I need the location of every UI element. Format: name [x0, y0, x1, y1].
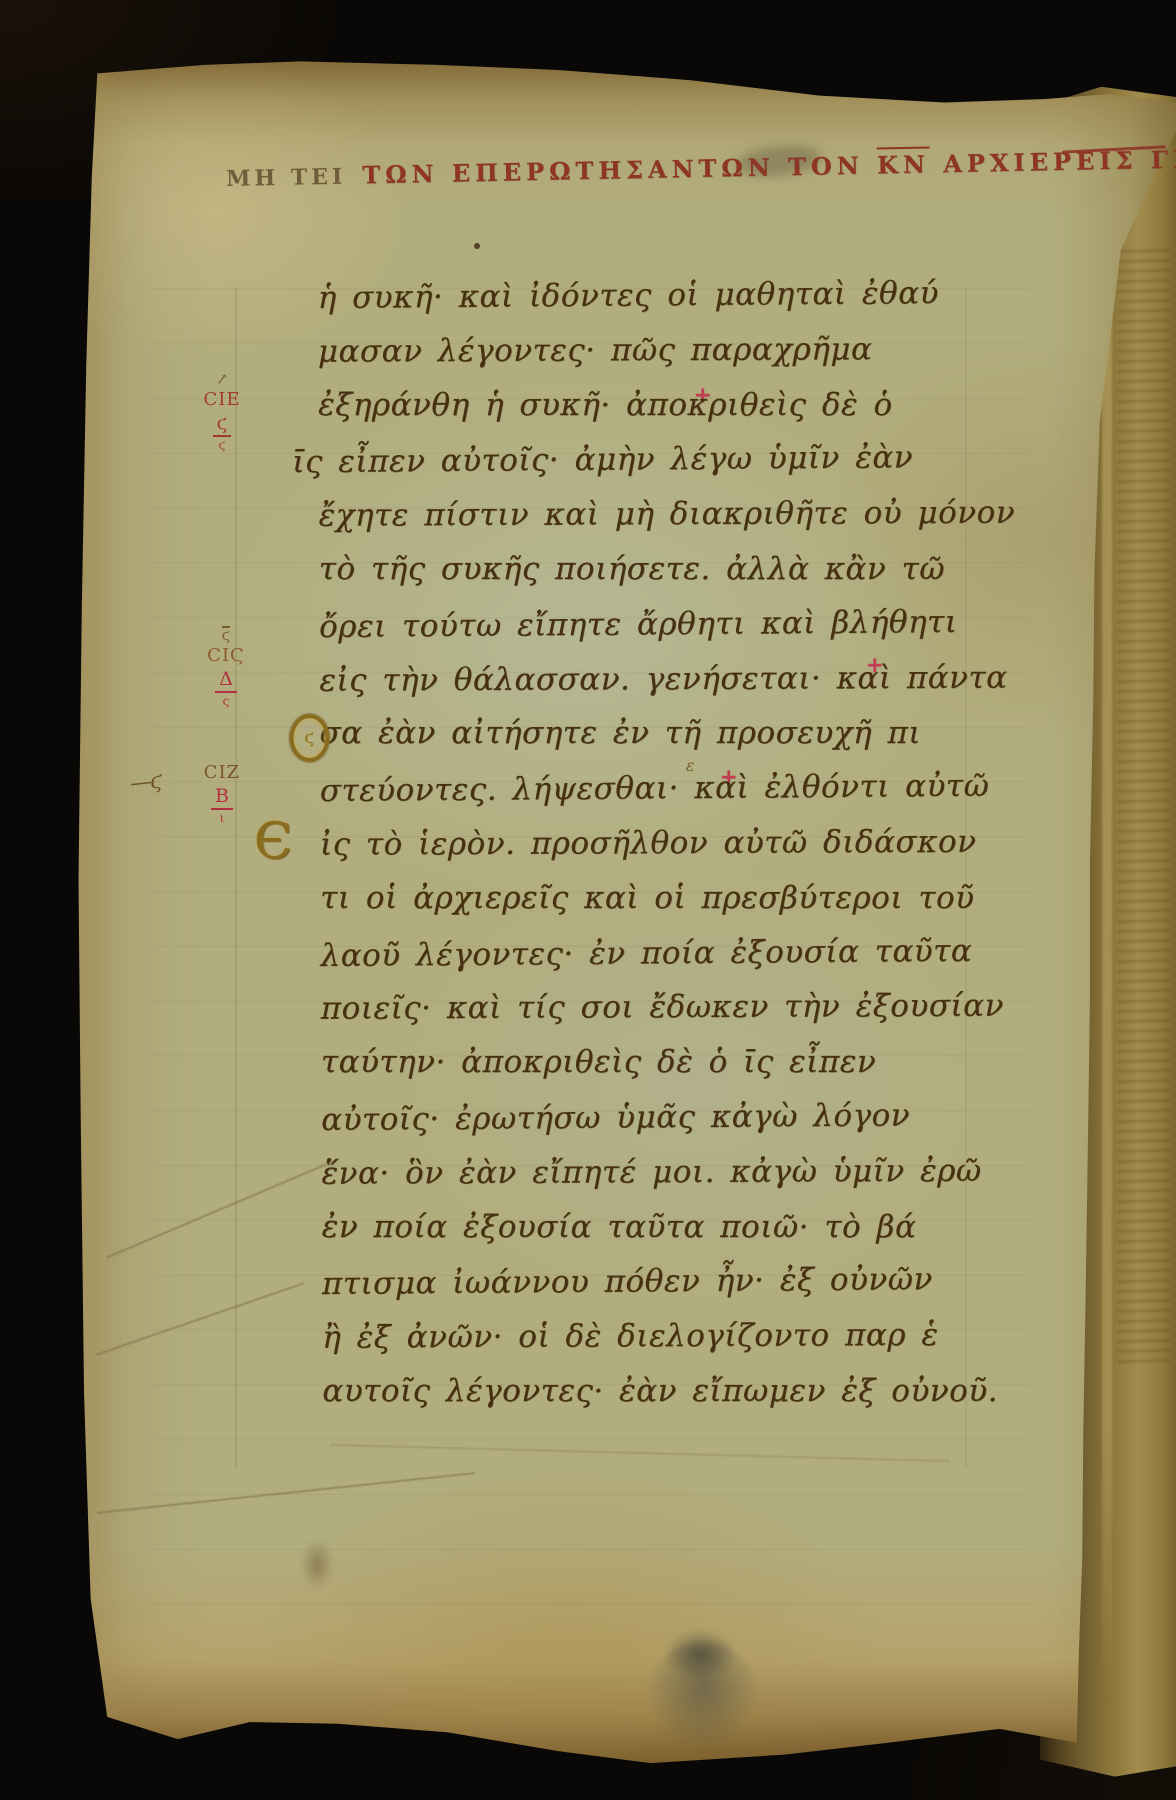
margin-note-215: ↗ ϹΙΕ ϛ ϛ	[200, 372, 244, 451]
canon-sub: ς	[204, 695, 248, 708]
text-line: τὸ τῆς συκῆς ποιήσετε. ἀλλὰ κἂν τῶ	[319, 542, 1089, 597]
line-text: μασαν λέγοντες· πῶς παραχρῆμα	[318, 331, 873, 369]
line-text: τὸ τῆς συκῆς ποιήσετε. ἀλλὰ κἂν τῶ	[319, 551, 945, 587]
text-line: εἰς τὴν θάλασσαν. γενήσεται· καὶ πάντα	[319, 650, 1089, 708]
section-number: ϹΙϚ	[204, 647, 248, 666]
text-line: ἐξηράνθη ἡ συκῆ· ἀποκριθεὶς δὲ ὁ	[318, 378, 1088, 433]
text-line: λαοῦ λέγοντες· ἐν ποία ἐξουσία ταῦτα	[320, 923, 1090, 984]
line-text: ῑς εἶπεν αὐτοῖς· ἀμὴν λέγω ὑμῖν ἐὰν	[292, 440, 913, 481]
line-text: αὐτοῖς· ἐρωτήσω ὑμᾶς κἀγὼ λόγον	[321, 1097, 910, 1138]
margin-note-216: ϛ ϹΙϚ Δ ς	[204, 626, 248, 707]
canon-number: Β	[211, 787, 233, 810]
illuminated-initial-epsilon: Є	[254, 814, 293, 869]
line-text: ἡ συκῆ· καὶ ἰδόντες οἱ μαθηταὶ ἐθαύ	[317, 275, 939, 316]
text-line: ἕνα· ὃν ἐὰν εἴπητέ μοι. κἀγὼ ὑμῖν ἐρῶ	[321, 1143, 1091, 1201]
line-text: ἐξηράνθη ἡ συκῆ· ἀποκριθεὶς δὲ ὁ	[318, 387, 893, 423]
margin-note-217: ϹΙΖ Β ι	[200, 764, 244, 824]
ruling-vertical-left	[235, 288, 237, 1468]
text-line: ποιεῖς· καὶ τίς σοι ἔδωκεν τὴν ἐξουσίαν	[321, 979, 1091, 1037]
text-line: πτισμα ἰωάννου πόθεν ἦν· ἐξ οὐνῶν	[322, 1251, 1092, 1312]
section-number: ϹΙΖ	[200, 764, 244, 783]
text-line: στεύοντες. λήψεσθαι· καὶ ἐλθόντι αὐτῶ	[320, 758, 1090, 819]
line-text: αυτοῖς λέγοντες· ἐὰν εἴπωμεν ἐξ οὐνοῦ.	[322, 1373, 998, 1409]
line-text: ἰς τὸ ἱερὸν. προσῆλθον αὐτῶ διδάσκον	[320, 824, 977, 863]
line-text: εἰς τὴν θάλασσαν. γενήσεται· καὶ πάντα	[319, 659, 1007, 698]
illuminated-initial-omicron: ϛ	[290, 714, 330, 762]
text-line: αυτοῖς λέγοντες· ἐὰν εἴπωμεν ἐξ οὐνοῦ.	[322, 1364, 1092, 1419]
line-text: τι οἱ ἀρχιερεῖς καὶ οἱ πρεσβύτεροι τοῦ	[320, 880, 974, 916]
text-line: μασαν λέγοντες· πῶς παραχρῆμα	[318, 321, 1088, 379]
line-text: ἕνα· ὃν ἐὰν εἴπητέ μοι. κἀγὼ ὑμῖν ἐρῶ	[321, 1153, 981, 1192]
initial-curl: ϛ	[305, 711, 315, 766]
dark-stain-top	[664, 1628, 736, 1680]
line-text: σα ἐὰν αἰτήσητε ἐν τῆ προσευχῆ πι	[320, 715, 921, 751]
line-text: λαοῦ λέγοντες· ἐν ποία ἐξουσία ταῦτα	[320, 932, 972, 973]
line-text: ταύτην· ἀποκριθεὶς δὲ ὁ ῑς εἶπεν	[321, 1044, 876, 1080]
canon-number: ϛ	[213, 414, 232, 437]
nomen-sacrum-kn: ΚΝ	[877, 146, 930, 179]
canon-number: Δ	[215, 670, 237, 693]
text-line: ϛ σα ἐὰν αἰτήσητε ἐν τῆ προσευχῆ πι	[320, 706, 1090, 761]
margin-arrow-mark: ↗	[199, 369, 245, 391]
margin-stigma-mark: ϛ	[222, 626, 230, 644]
adjacent-page-ghost-text	[1118, 249, 1170, 1370]
text-line: Є ἰς τὸ ἱερὸν. προσῆλθον αὐτῶ διδάσκον	[320, 814, 1090, 872]
text-line: ἡ συκῆ· καὶ ἰδόντες οἱ μαθηταὶ ἐθαύ	[317, 265, 1087, 326]
rubric-prefix: ΜΗ ΤΕΙ	[226, 164, 347, 192]
ink-speck	[474, 243, 480, 249]
text-line: ἔχητε πίστιν καὶ μὴ διακριθῆτε οὐ μόνον	[318, 486, 1088, 544]
line-text: ποιεῖς· καὶ τίς σοι ἔδωκεν τὴν ἐξουσίαν	[321, 988, 1004, 1027]
text-block: ἡ συκῆ· καὶ ἰδόντες οἱ μαθηταὶ ἐθαύ μασα…	[317, 266, 1092, 1420]
line-text: ὄρει τούτω εἴπητε ἄρθητι καὶ βλήθητι	[319, 604, 958, 645]
manuscript-photo: ΜΗ ΤΕΙΤΩΝ ΕΠΕΡΩΤΗΣΑΝΤΩΝ ΤΟΝ ΚΝ ΑΡΧΙΕΡΕΙΣ…	[0, 0, 1176, 1800]
line-text: ἢ ἐξ ἀνῶν· οἱ δὲ διελογίζοντο παρ ἑ	[322, 1317, 939, 1356]
text-line: ῑς εἶπεν αὐτοῖς· ἀμὴν λέγω ὑμῖν ἐὰν	[292, 429, 1088, 490]
line-text: ἐν ποία ἐξουσία ταῦτα ποιῶ· τὸ βά	[322, 1209, 917, 1245]
line-text: στεύοντες. λήψεσθαι· καὶ ἐλθόντι αὐτῶ	[320, 768, 990, 809]
text-line: ἢ ἐξ ἀνῶν· οἱ δὲ διελογίζοντο παρ ἑ	[322, 1307, 1092, 1365]
text-line: ὄρει τούτω εἴπητε ἄρθητι καὶ βλήθητι	[319, 594, 1089, 655]
brown-spot	[300, 1538, 334, 1590]
canon-sub: ϛ	[200, 439, 244, 452]
text-line: τι οἱ ἀρχιερεῖς καὶ οἱ πρεσβύτεροι τοῦ	[320, 871, 1090, 926]
margin-swash-mark: —ϛ	[129, 768, 162, 796]
text-line: ἐν ποία ἐξουσία ταῦτα ποιῶ· τὸ βά	[322, 1200, 1092, 1255]
line-text: πτισμα ἰωάννου πόθεν ἦν· ἐξ οὐνῶν	[322, 1262, 933, 1303]
text-line: αὐτοῖς· ἐρωτήσω ὑμᾶς κἀγὼ λόγον	[321, 1087, 1091, 1148]
section-number: ϹΙΕ	[200, 391, 244, 410]
line-text: ἔχητε πίστιν καὶ μὴ διακριθῆτε οὐ μόνον	[318, 495, 1015, 534]
canon-sub: ι	[200, 812, 244, 825]
text-line: ταύτην· ἀποκριθεὶς δὲ ὁ ῑς εἶπεν	[321, 1035, 1091, 1090]
